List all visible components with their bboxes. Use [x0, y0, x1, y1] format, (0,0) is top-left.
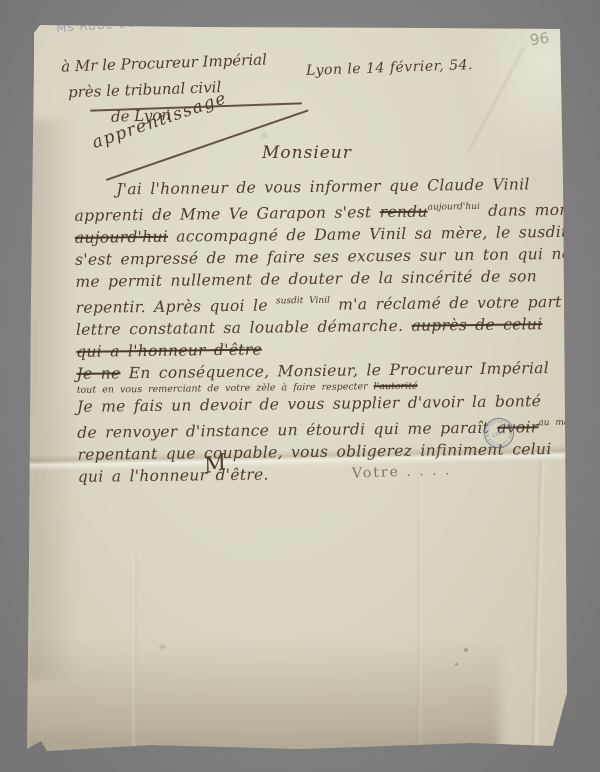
interlinear-insertion: aujourd'hui [428, 202, 480, 213]
handwriting-text: m'a réclamé de votre part une [330, 292, 600, 313]
handwriting-text: de renvoyer d'instance un étourdi qui me… [77, 419, 497, 442]
paper-highlight [470, 20, 580, 160]
handwriting-text: apprenti de Mme Ve Garapon s'est [74, 203, 379, 225]
handwriting-text: J'ai l'honneur de vous informer que Clau… [116, 175, 530, 198]
struck-out-text: qui a l'honneur d'être [76, 341, 262, 361]
foxing-spot [464, 648, 468, 652]
stamp-center-text: LYON [492, 428, 507, 439]
pencil-shelfmark: Ms Rude 380 [56, 15, 145, 35]
struck-out-text: auprès de celui [411, 315, 542, 335]
struck-out-text: rendu [380, 203, 428, 222]
salutation: Monsieur [262, 143, 352, 163]
interlinear-insertion: susdit Vinil [276, 296, 330, 307]
pencil-folio-number: 96 [529, 29, 550, 49]
handwriting-text: En conséquence, Monsieur, le Procureur I… [120, 359, 549, 382]
vertical-crease [418, 468, 421, 754]
letter-paper: Ms Rude 380 96 à Mr le Procureur Impéria… [0, 0, 600, 772]
struck-out-text: Je ne [76, 364, 120, 383]
handwriting-text: lettre constatant sa louable démarche. [76, 317, 412, 339]
struck-out-text: l'autorité [374, 381, 418, 393]
handwriting-text: repentir. Après quoi le [76, 296, 277, 316]
foxing-spot [455, 663, 458, 666]
interlinear-insertion: au moins aussi [538, 417, 600, 428]
handwriting-text: qui a l'honneur d'être. [78, 466, 269, 486]
handwriting-text: accompagné de Dame Vinil sa mère, le sus… [168, 223, 568, 246]
struck-out-text: aujourd'hui [75, 228, 168, 247]
foxing-spot [262, 133, 267, 138]
photo-background: Ms Rude 380 96 à Mr le Procureur Impéria… [0, 0, 600, 772]
paper-bottom-smudge [20, 640, 500, 755]
handwriting-line: qui a l'honneur d'être. [78, 460, 548, 488]
closing-initial: M [202, 450, 229, 479]
vertical-crease [532, 460, 544, 750]
dateline: Lyon le 14 février, 54. [306, 57, 473, 79]
handwriting-text: dans mon domicile [480, 200, 600, 220]
diagonal-crease [467, 47, 525, 154]
vertical-crease [133, 555, 136, 751]
foxing-spot [160, 645, 165, 649]
